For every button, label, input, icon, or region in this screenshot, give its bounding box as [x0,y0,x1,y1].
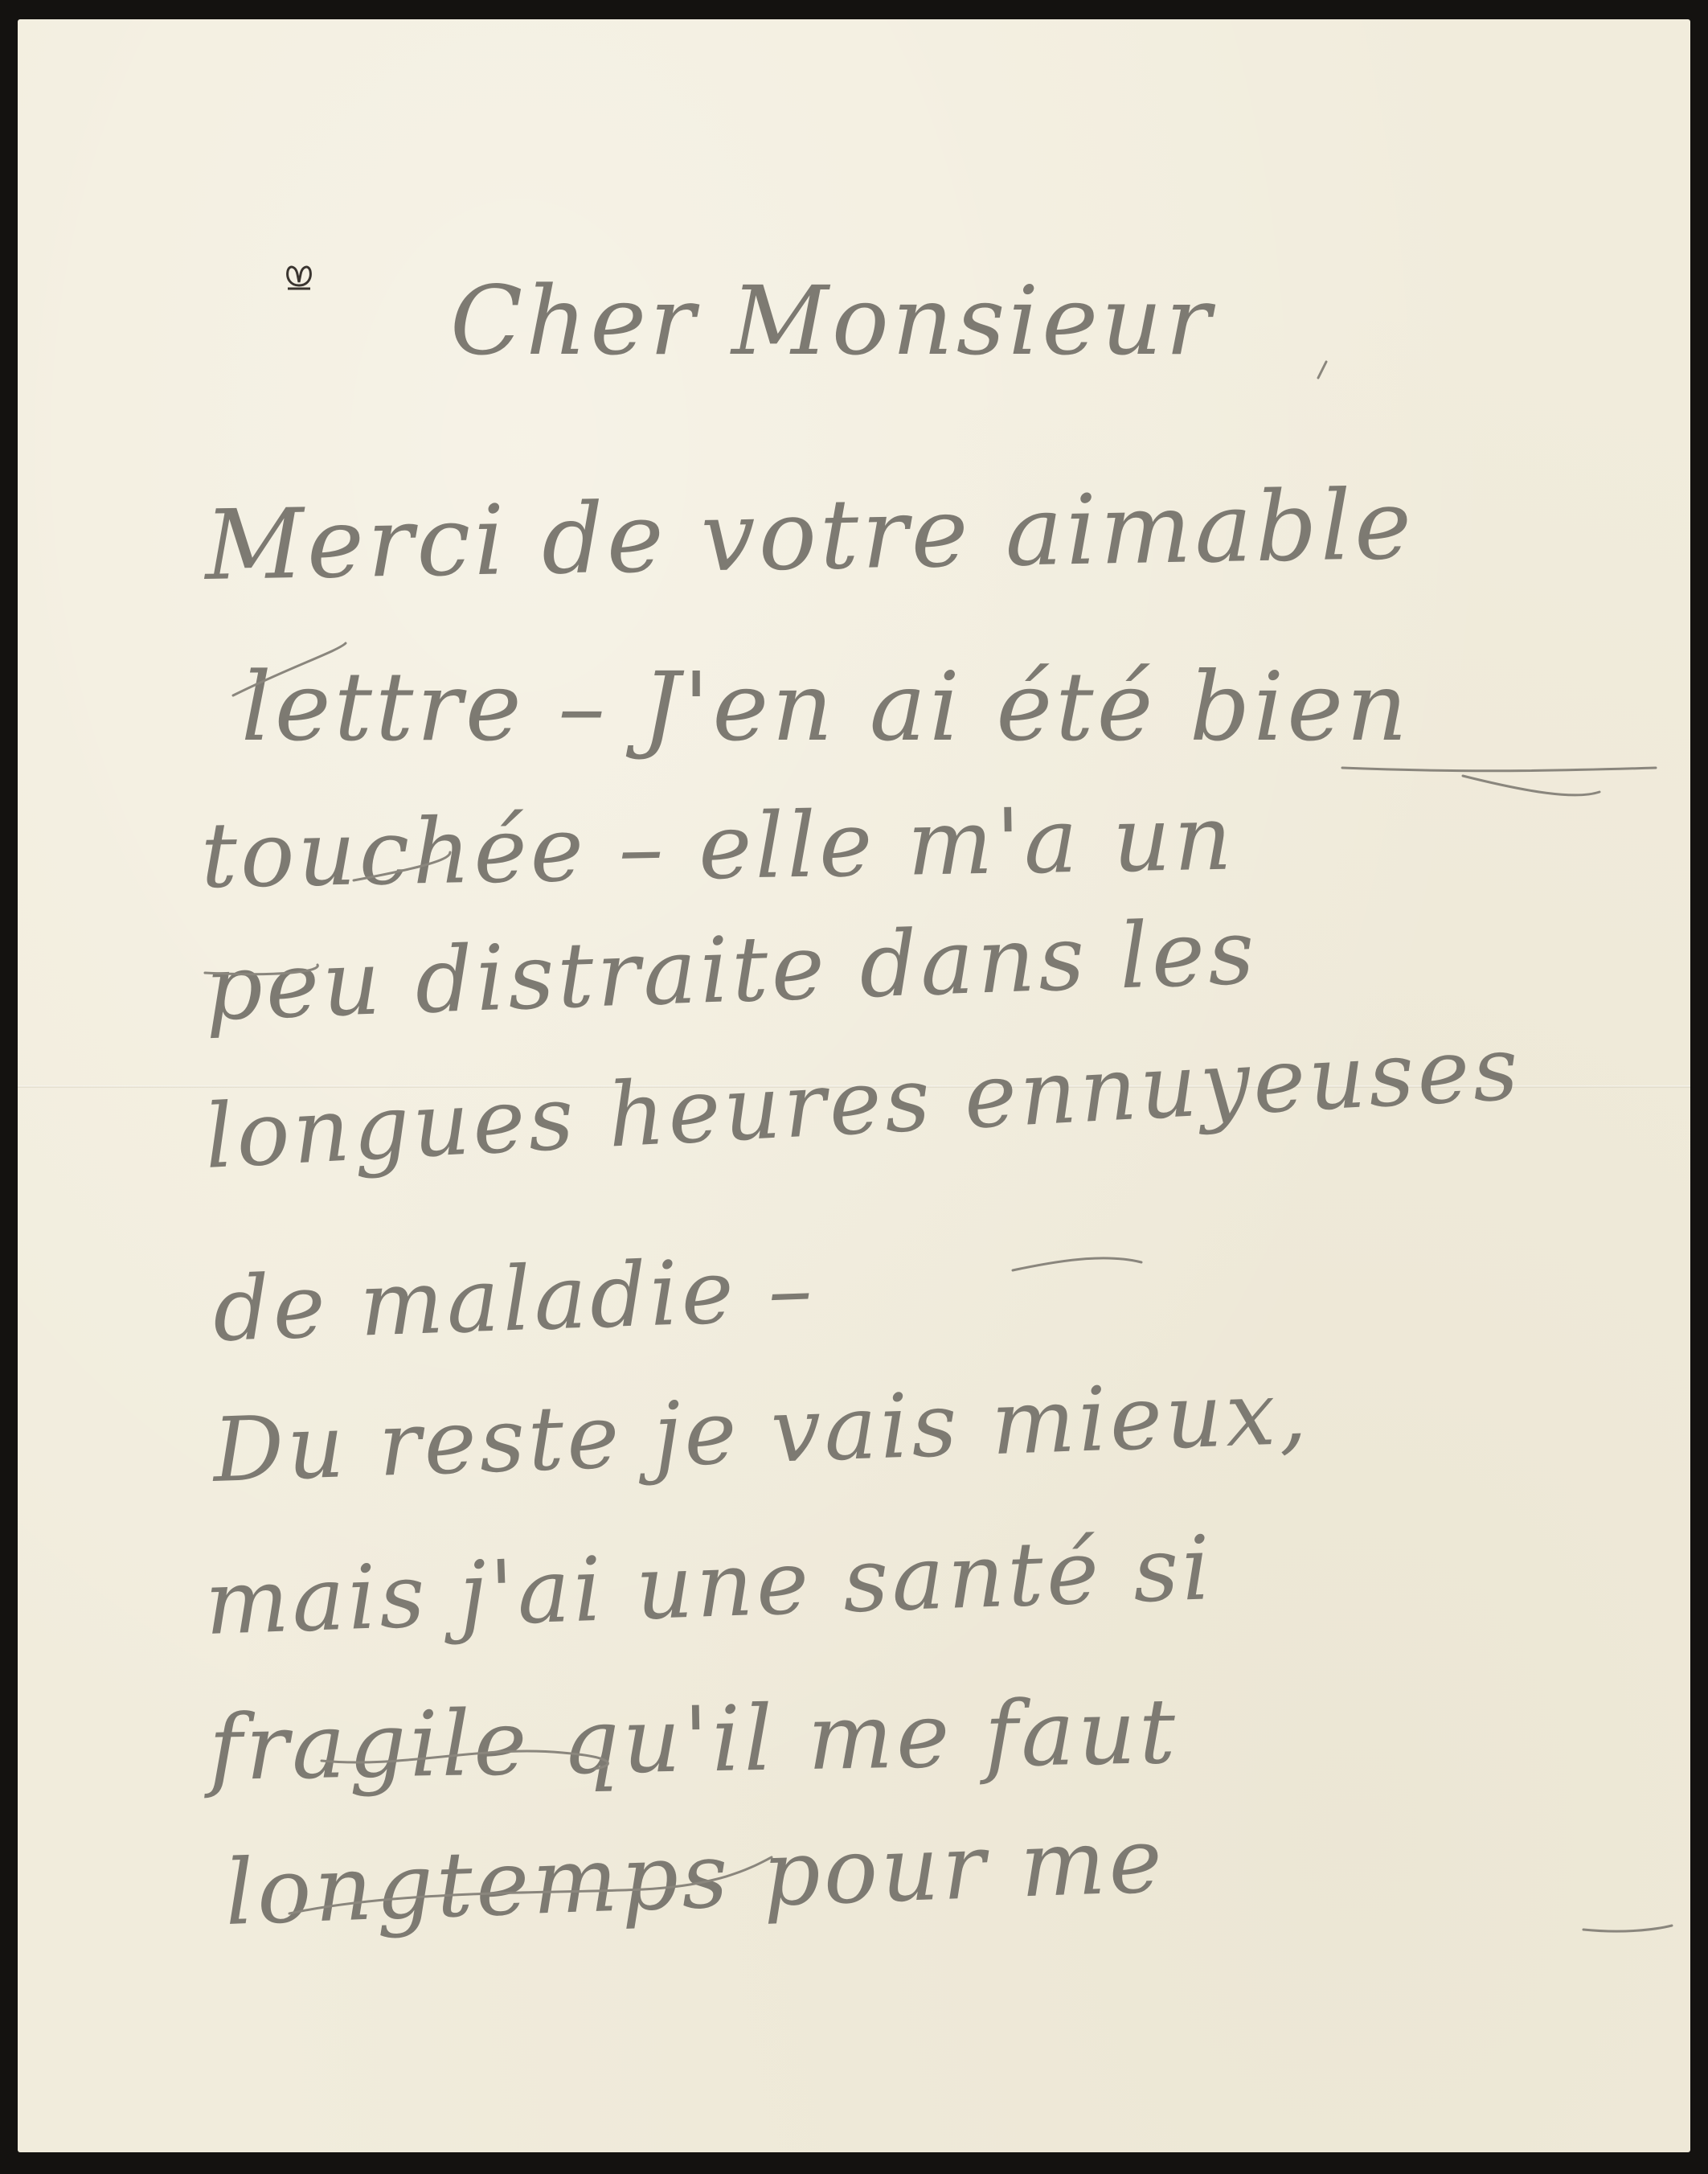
letter-line-9: fragile qu'il me faut [208,1680,1179,1801]
letter-line-6: de maladie – [211,1237,817,1361]
butterfly-monogram-icon [283,261,315,293]
letter-line-1: Merci de votre aimable [204,470,1415,602]
letter-line-3: touchée – elle m'a un [200,786,1236,909]
letter-salutation: Cher Monsieur [450,265,1214,376]
letter-line-2: lettre – J'en ai été bien [241,651,1411,762]
